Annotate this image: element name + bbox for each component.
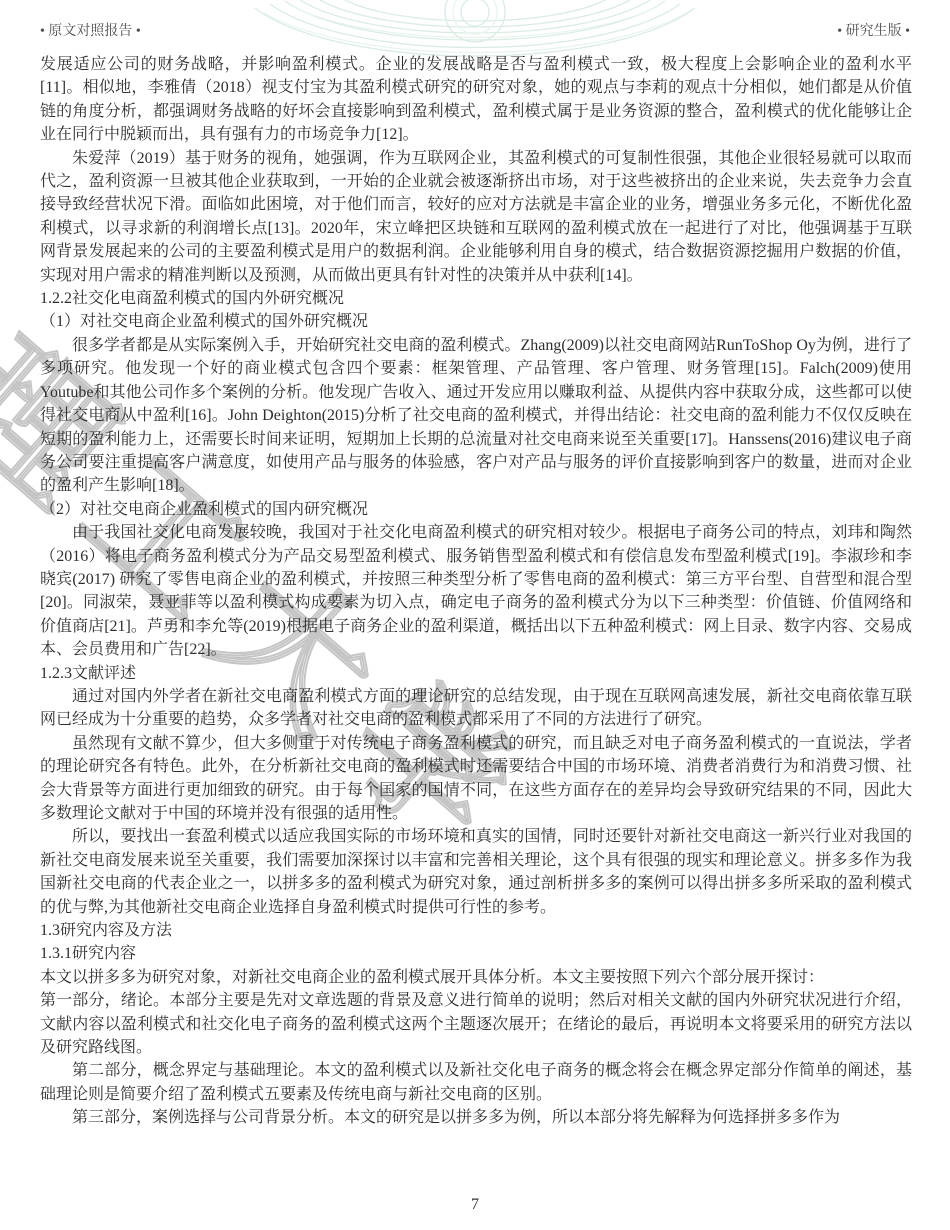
section-heading: 1.2.3文献评述 — [40, 662, 912, 685]
body-paragraph: 第二部分，概念界定与基础理论。本文的盈利模式以及新社交化电子商务的概念将会在概念… — [40, 1059, 912, 1106]
page-footer: 7 — [0, 1196, 950, 1214]
body-paragraph: 虽然现有文献不算少，但大多侧重于对传统电子商务盈利模式的研究，而且缺乏对电子商务… — [40, 732, 912, 826]
section-heading: 1.3.1研究内容 — [40, 942, 912, 965]
section-heading: （1）对社交电商企业盈利模式的国外研究概况 — [40, 310, 912, 333]
body-paragraph: 本文以拼多多为研究对象，对新社交电商企业的盈利模式展开具体分析。本文主要按照下列… — [40, 966, 912, 989]
header-left-label: • 原文对照报告 • — [40, 20, 141, 40]
header-right-label: • 研究生版 • — [837, 20, 910, 40]
body-paragraph: 朱爱萍（2019）基于财务的视角，她强调，作为互联网企业，其盈利模式的可复制性很… — [40, 147, 912, 287]
body-paragraph: 通过对国内外学者在新社交电商盈利模式方面的理论研究的总结发现，由于现在互联网高速… — [40, 685, 912, 732]
body-paragraph: 由于我国社交化电商发展较晚，我国对于社交化电商盈利模式的研究相对较少。根据电子商… — [40, 521, 912, 661]
body-paragraph: 很多学者都是从实际案例入手，开始研究社交电商的盈利模式。Zhang(2009)以… — [40, 334, 912, 498]
body-paragraph: 第三部分，案例选择与公司背景分析。本文的研究是以拼多多为例，所以本部分将先解释为… — [40, 1106, 912, 1129]
body-paragraph: 第一部分，绪论。本部分主要是先对文章选题的背景及意义进行简单的说明；然后对相关文… — [40, 989, 912, 1059]
body-paragraph: 所以，要找出一套盈利模式以适应我国实际的市场环境和真实的国情，同时还要针对新社交… — [40, 825, 912, 919]
section-heading: （2）对社交电商企业盈利模式的国内研究概况 — [40, 498, 912, 521]
page-number: 7 — [471, 1196, 479, 1213]
document-body: 发展适应公司的财务战略，并影响盈利模式。企业的发展战略是否与盈利模式一致，极大程… — [40, 53, 912, 1130]
section-heading: 1.2.2社交化电商盈利模式的国内外研究概况 — [40, 287, 912, 310]
section-heading: 1.3研究内容及方法 — [40, 919, 912, 942]
page-header: • 原文对照报告 • • 研究生版 • — [40, 20, 910, 40]
body-paragraph: 发展适应公司的财务战略，并影响盈利模式。企业的发展战略是否与盈利模式一致，极大程… — [40, 53, 912, 147]
report-page: 理工大学 • 原文对照报告 • • 研究生版 • 发展适应公司的财务战略，并影响… — [0, 0, 950, 1230]
